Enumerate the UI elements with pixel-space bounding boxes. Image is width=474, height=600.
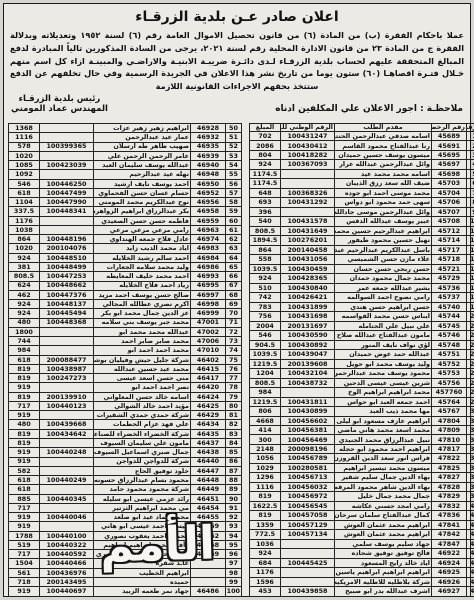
cell-license: 46468 bbox=[191, 540, 226, 549]
table-row: 445697وائل عبدالرحمن عبدالله عرار1003670… bbox=[250, 160, 474, 169]
cell-idx: 55 bbox=[226, 170, 242, 179]
table-row: 9146454مي محمد ابراهيم الترتير717 bbox=[9, 503, 242, 512]
cell-idx: 71 bbox=[226, 318, 242, 327]
cell-license: 45704 bbox=[432, 188, 467, 197]
cell-idx: 7 bbox=[467, 188, 474, 197]
cell-national bbox=[281, 549, 335, 558]
cell-amount: 540 bbox=[250, 217, 281, 226]
cell-name: نبيل عبدالرزاق محمد الجنيدي bbox=[335, 435, 432, 444]
cell-idx: 45 bbox=[467, 549, 474, 558]
cell-amount: 1204 bbox=[250, 369, 281, 378]
table-row: 3847828بهاء الدين شاهر محمود المرقطن1004… bbox=[250, 482, 474, 491]
cell-idx: 14 bbox=[467, 255, 474, 264]
cell-idx: 88 bbox=[226, 476, 242, 485]
cell-national: 100456381 bbox=[281, 426, 335, 435]
cell-national: 100438732 bbox=[281, 378, 335, 387]
cell-license: 46998 bbox=[191, 300, 226, 309]
cell-idx: 30 bbox=[467, 407, 474, 416]
cell-license: 46448 bbox=[191, 476, 226, 485]
cell-name: فراس انور سعد الدين القروزن bbox=[335, 454, 432, 463]
cell-national: 100431811 bbox=[281, 397, 335, 406]
cell-idx: 99 bbox=[226, 578, 242, 587]
cell-national: 100276201 bbox=[281, 236, 335, 245]
cell-license: 45767 bbox=[432, 407, 467, 416]
cell-name: رامي نصوح احمد السوالمه bbox=[335, 293, 432, 302]
cell-name: وليد يوسف محمد ابو حويل bbox=[335, 359, 432, 368]
cell-amount: 1092 bbox=[9, 170, 40, 179]
cell-national bbox=[40, 383, 94, 392]
cell-amount: 919 bbox=[9, 513, 40, 522]
cell-idx: 46 bbox=[467, 558, 474, 567]
cell-amount: 808.5 bbox=[250, 226, 281, 235]
table-row: 5646950احمد يوسف نايف ارشيد100446250546 bbox=[9, 179, 242, 188]
cell-name: احمد يوسف نايف ارشيد bbox=[94, 179, 191, 188]
table-row: 6046959فاطمه حسن حسن الصعيدي1176 bbox=[9, 216, 242, 225]
cell-license: 46922 bbox=[432, 549, 467, 558]
cell-license bbox=[191, 559, 226, 568]
cell-idx: 63 bbox=[226, 244, 242, 253]
cell-license: 45752 bbox=[432, 359, 467, 368]
table-row: 4347842ابراهيم محمد عثمان العوش100457134… bbox=[250, 530, 474, 539]
signature-name: المهندس عماد المومني bbox=[11, 104, 108, 114]
cell-name: محمد موسى احمد ابو جوده bbox=[335, 188, 432, 197]
cell-name: زياد احمد فلاح الخلايله bbox=[94, 281, 191, 290]
cell-idx: 77 bbox=[226, 374, 242, 383]
cell-national: 100431578 bbox=[281, 217, 335, 226]
cell-national: 200139608 bbox=[281, 359, 335, 368]
cell-idx: 17 bbox=[467, 283, 474, 292]
cell-amount: 684 bbox=[250, 558, 281, 567]
cell-national: 100457134 bbox=[281, 530, 335, 539]
cell-name: مؤيد احمد خالد الشوالي bbox=[94, 401, 191, 410]
cell-name: بشير عبدالله جمعه عمر bbox=[335, 283, 432, 292]
table-row: 2945764احمد جمعه العبد ابو حواس100431811… bbox=[250, 397, 474, 406]
cell-name: نصر احمد احمد ابو bbox=[94, 383, 191, 392]
table-row: 4746925ابراهيم ابراهيم ابراهيم ياسين1176 bbox=[250, 568, 474, 577]
table-row: 5546948نهله عيد عبدالرحيم1092 bbox=[9, 170, 242, 179]
cell-national: 100423039 bbox=[40, 161, 94, 170]
cell-name: شرين عيسى عيسى الدحين bbox=[335, 378, 432, 387]
cell-idx: 35 bbox=[467, 454, 474, 463]
cell-amount: 919 bbox=[9, 383, 40, 392]
cell-license: 47006 bbox=[191, 337, 226, 346]
cell-amount: 717 bbox=[9, 550, 40, 559]
cell-name: حسن ربحي حسن حسان bbox=[335, 264, 432, 273]
cell-license: 46983 bbox=[191, 244, 226, 253]
cell-license: 45703 bbox=[432, 179, 467, 188]
table-row: 28457760محمد ابراهيم ابراهيم الوخ984 bbox=[250, 388, 474, 397]
table-row: 3347810نبيل عبدالرزاق محمد الجنيدي100456… bbox=[250, 435, 474, 444]
signature-block: رئيس بلدية الزرقـاء المهندس عماد المومني bbox=[11, 94, 108, 114]
cell-name: اسامه محمد محمد عيد bbox=[335, 169, 432, 178]
cell-name: نهيل حسين محمود طيفور bbox=[335, 236, 432, 245]
cell-idx: 70 bbox=[226, 309, 242, 318]
cell-license: 46447 bbox=[191, 466, 226, 475]
cell-name: احمد محمد خليف المعايطه bbox=[94, 272, 191, 281]
cell-amount: 808.5 bbox=[250, 378, 281, 387]
table-row: 5846956نوح عبدالكريم محمد المومني1004479… bbox=[9, 198, 242, 207]
cell-idx: 37 bbox=[467, 473, 474, 482]
cell-idx: 32 bbox=[467, 426, 474, 435]
cell-idx: 29 bbox=[467, 397, 474, 406]
cell-national: 100439047 bbox=[281, 350, 335, 359]
table-row: 1345717باسل عبدالكريم عبدالرحيم عبدالقاد… bbox=[250, 245, 474, 254]
table-row: 1045708عبير يوسف عبدالله الدقس1004315785… bbox=[250, 217, 474, 226]
cell-national: 100448341 bbox=[40, 207, 94, 216]
cell-name: محمد ابراهيم ابراهيم الوخ bbox=[335, 388, 432, 397]
cell-idx: 21 bbox=[467, 321, 474, 330]
cell-name: صالح حسن يوسف احمد مزيد bbox=[94, 290, 191, 299]
cell-license: 45707 bbox=[432, 207, 467, 216]
cell-name: شركة حمدي حمدي الشقيرات bbox=[94, 411, 191, 420]
cell-idx: 49 bbox=[467, 587, 474, 597]
cell-name: فالح توفيق توفيق شحاده bbox=[335, 549, 432, 558]
cell-idx: 10 bbox=[467, 217, 474, 226]
table-row: 5746952حسام غسان حسن الفحماوي10044749961… bbox=[9, 188, 242, 197]
cell-license: 45748 bbox=[432, 340, 467, 349]
cell-license: 47010 bbox=[191, 346, 226, 355]
cell-name: محمد احمد عبدالجليل العامري bbox=[94, 550, 191, 559]
cell-national: 100430459 bbox=[281, 264, 335, 273]
table-row: 6146963رامي مرعي مرعي مرعي1038 bbox=[9, 225, 242, 234]
cell-license: 46486 bbox=[191, 587, 226, 597]
cell-amount: 648 bbox=[250, 188, 281, 197]
cell-name: عبدالله حمد عوض حميدان bbox=[335, 350, 432, 359]
cell-national: 100448510 bbox=[40, 253, 94, 262]
cell-idx: 62 bbox=[226, 235, 242, 244]
cell-idx: 5 bbox=[467, 169, 474, 178]
cell-name: شركة جليل حيش وفيليان بوشه bbox=[94, 355, 191, 364]
table-row: 1945740حسن ابراهيم حسن هندي100431899783 bbox=[250, 302, 474, 311]
cell-license: 46995 bbox=[191, 281, 226, 290]
cell-license: 45751 bbox=[432, 350, 467, 359]
table-row: 2245746مامون عبدالفتاح عبدالله صلاح10043… bbox=[250, 331, 474, 340]
cell-idx: 95 bbox=[226, 540, 242, 549]
cell-idx: 27 bbox=[467, 378, 474, 387]
cell-national: 100440100 bbox=[40, 531, 94, 540]
table-row: 8246434علي فهد عزام الحطمات100439668480 bbox=[9, 420, 242, 429]
cell-national bbox=[40, 216, 94, 225]
cell-amount: 582 bbox=[9, 466, 40, 475]
cell-amount: 519 bbox=[9, 540, 40, 549]
cell-idx: 39 bbox=[467, 492, 474, 501]
cell-amount: 819 bbox=[9, 374, 40, 383]
table-row: 845706سهى حمد محمود ابو دواس100431292693 bbox=[250, 198, 474, 207]
cell-national: 100430590 bbox=[281, 331, 335, 340]
cell-idx: 74 bbox=[226, 346, 242, 355]
cell-name: رامي مرعي مرعي مرعي bbox=[94, 225, 191, 234]
cell-amount: 1622.5 bbox=[250, 501, 281, 510]
header-row: الرقم رقم الرخصة مقدم الطلب الرقم الوطني… bbox=[250, 123, 474, 131]
cell-amount: 396 bbox=[250, 207, 281, 216]
cell-license: 46434 bbox=[191, 420, 226, 429]
cell-amount: 742 bbox=[250, 293, 281, 302]
table-row: 6346983اياد محمد الديب زايد2001040761020 bbox=[9, 244, 242, 253]
cell-idx: 60 bbox=[226, 216, 242, 225]
page-title: اعلان صادر عـن بلدية الزرقـاء bbox=[7, 9, 467, 25]
cell-license: 46438 bbox=[191, 448, 226, 457]
cell-name: حميده bbox=[94, 578, 191, 587]
cell-idx: 16 bbox=[467, 274, 474, 283]
cell-national bbox=[40, 346, 94, 355]
table-row: 3147804ابراهيم عارف مسعود ابو ليلى100456… bbox=[250, 416, 474, 425]
cell-amount: 984 bbox=[9, 346, 40, 355]
table-row: 8546438جمال صبري اسماعيل السيوف100440248… bbox=[9, 448, 242, 457]
cell-name: شركة للدواجن للدواجن bbox=[94, 457, 191, 466]
cell-national: 100438987 bbox=[40, 364, 94, 373]
table-row: 2745756شرين عيسى عيسى الدحين100438732808… bbox=[250, 378, 474, 387]
cell-license: 45736 bbox=[432, 283, 467, 292]
scanned-announcement: { "page": { "title": "اعلان صادر عـن بلد… bbox=[0, 0, 474, 600]
table-row: 2645753محمود يوسف محمد عبدالرحمن10043210… bbox=[250, 369, 474, 378]
cell-national bbox=[281, 539, 335, 548]
cell-idx: 22 bbox=[467, 331, 474, 340]
cell-national: 100440322 bbox=[40, 540, 94, 549]
cell-license: 46429 bbox=[191, 411, 226, 420]
cell-license: 46935 bbox=[191, 142, 226, 151]
table-row: 8346435شركة الخضراء الخضراء للصناعات1004… bbox=[9, 429, 242, 438]
cell-amount: 1174.5 bbox=[250, 179, 281, 188]
cell-amount: 718 bbox=[9, 578, 40, 587]
cell-amount: 819 bbox=[9, 364, 40, 373]
table-row: 2145745علي نبيل علي الحتامله200131697200… bbox=[250, 321, 474, 330]
cell-national bbox=[281, 179, 335, 188]
cell-national: 100440249 bbox=[40, 476, 94, 485]
cell-idx: 61 bbox=[226, 225, 242, 234]
cell-national bbox=[40, 327, 94, 336]
cell-amount: 1788 bbox=[9, 531, 40, 540]
cell-license: 46925 bbox=[432, 568, 467, 577]
table-row: 8846448محمود بسام عبدالرزاق حسونه1004402… bbox=[9, 476, 242, 485]
cell-name: حسام غسان حسن الفحماوي bbox=[94, 188, 191, 197]
cell-license: 46958 bbox=[191, 207, 226, 216]
cell-idx: 91 bbox=[226, 503, 242, 512]
cell-amount: 618 bbox=[9, 476, 40, 485]
cell-license: 45764 bbox=[432, 397, 467, 406]
cell-idx: 6 bbox=[467, 179, 474, 188]
cell-national: 200143495 bbox=[40, 578, 94, 587]
cell-national bbox=[40, 225, 94, 234]
cell-license: 45753 bbox=[432, 369, 467, 378]
cell-amount: 414 bbox=[250, 426, 281, 435]
table-row: 3045767مها محمد ذيب العبد100430899806 bbox=[250, 407, 474, 416]
cell-idx: 89 bbox=[226, 485, 242, 494]
cell-amount: 819 bbox=[9, 439, 40, 448]
cell-national bbox=[40, 411, 94, 420]
cell-amount: 1029 bbox=[250, 463, 281, 472]
cell-national: 100447499 bbox=[40, 188, 94, 197]
cell-national bbox=[40, 170, 94, 179]
table-row: 7247002عبدالله محمد محمد ابو1800 bbox=[9, 327, 242, 336]
table-row: 5246935صهيب ظاهر طه ارسلان100399365578 bbox=[9, 142, 242, 151]
cell-national bbox=[40, 133, 94, 142]
cell-national: 100428365 bbox=[281, 274, 335, 283]
cell-name: شركة محمود محمود حامد bbox=[94, 485, 191, 494]
cell-name: باسل عبدالكريم عبدالرحيم عبدالقادر bbox=[335, 245, 432, 254]
cell-national: 100431292 bbox=[281, 198, 335, 207]
cell-amount: 744 bbox=[9, 337, 40, 346]
cell-idx: 47 bbox=[467, 568, 474, 577]
cell-license: 45756 bbox=[432, 378, 467, 387]
cell-amount: 2004 bbox=[250, 321, 281, 330]
cell-amount: 480 bbox=[9, 420, 40, 429]
cell-name: مامون علي سليمان السيوف bbox=[94, 439, 191, 448]
cell-name: ضيف الله سعد رزق الذيبان bbox=[335, 179, 432, 188]
cell-license: 46454 bbox=[191, 503, 226, 512]
cell-idx: 58 bbox=[226, 198, 242, 207]
cell-idx: 80 bbox=[226, 401, 242, 410]
table-row: 4047832رامي امجد حسني عكاشه1004565451622… bbox=[250, 501, 474, 510]
table-row: 6246974عادل فلاح جمعه الهنداوي1004481968… bbox=[9, 235, 242, 244]
cell-idx: 26 bbox=[467, 369, 474, 378]
table-row: 3447817ابراهيم احمد محمود ابو حجله200098… bbox=[250, 444, 474, 453]
cell-national bbox=[40, 439, 94, 448]
cell-amount: 1038 bbox=[9, 225, 40, 234]
cell-idx: 52 bbox=[226, 142, 242, 151]
table-row: 9546468رأفت محمد ابراهيم ابراهيم10044032… bbox=[9, 540, 242, 549]
table-row: 245691رنا عبدالفتاح محمود القاسم10043041… bbox=[250, 141, 474, 150]
cell-amount: 1020 bbox=[9, 151, 40, 160]
cell-name: محمود يوسف محمد عبدالرحمن bbox=[335, 369, 432, 378]
cell-name: جمال صبري اسماعيل السيوف bbox=[94, 448, 191, 457]
cell-name: بكر عبدالرزاق ابراهيم الزواهره bbox=[94, 207, 191, 216]
table-row: 2545752وليد يوسف محمد ابو حويل2001396081… bbox=[250, 359, 474, 368]
cell-name: مها محمد ذيب العبد bbox=[335, 407, 432, 416]
cell-idx: 94 bbox=[226, 531, 242, 540]
cell-amount: 480 bbox=[9, 318, 40, 327]
cell-idx: 79 bbox=[226, 392, 242, 401]
table-row: 6746995زياد احمد فلاح الخلايله1004486626… bbox=[9, 281, 242, 290]
header-idx: الرقم bbox=[467, 123, 474, 131]
cell-name: اياد محمد الديب زايد bbox=[94, 244, 191, 253]
fees-note: ملاحظـة : اجور الاعلان علي المكلفين ادنا… bbox=[275, 104, 463, 114]
cell-license: 47842 bbox=[432, 530, 467, 539]
cell-national: 100447376 bbox=[40, 290, 94, 299]
cell-amount: 924 bbox=[250, 549, 281, 558]
cell-name: كمال عبدالفتاح سلمان سرحان bbox=[335, 511, 432, 520]
tables-container: 5046928ابراهيم زهير زهير عزات13685146932… bbox=[8, 123, 466, 597]
cell-amount: 919 bbox=[9, 522, 40, 531]
header-amount: المبلغ bbox=[250, 123, 281, 131]
cell-national: 100431698 bbox=[281, 312, 335, 321]
table-row: 6446984احمد سالم رشيد الخلايله1004485109… bbox=[9, 253, 242, 262]
cell-license: 47822 bbox=[432, 454, 467, 463]
cell-national: 100431899 bbox=[281, 302, 335, 311]
cell-idx: 78 bbox=[226, 383, 242, 392]
cell-license: 45721 bbox=[432, 264, 467, 273]
cell-amount: 804 bbox=[250, 150, 281, 159]
table-row: 3247809محمد اسعد محمد هاني ماضي100456381… bbox=[250, 426, 474, 435]
cell-amount: 904.5 bbox=[250, 340, 281, 349]
announcement-sheet: اعلان صادر عـن بلدية الزرقـاء عملا باحكا… bbox=[3, 3, 471, 597]
cell-amount: 1359 bbox=[250, 520, 281, 529]
cell-idx: 53 bbox=[226, 151, 242, 160]
cell-national: 100445494 bbox=[40, 309, 94, 318]
table-row: 6846997صالح حسن يوسف احمد مزيد1004473764… bbox=[9, 290, 242, 299]
cell-amount: 819 bbox=[9, 392, 40, 401]
cell-amount: 984 bbox=[250, 388, 281, 397]
cell-idx: 31 bbox=[467, 416, 474, 425]
cell-idx: 86 bbox=[226, 457, 242, 466]
cell-national: 100431056 bbox=[281, 255, 335, 264]
cell-amount: 381 bbox=[9, 262, 40, 271]
cell-license: 47836 bbox=[432, 511, 467, 520]
cell-license: 45697 bbox=[432, 160, 467, 169]
cell-national: 100367093 bbox=[281, 160, 335, 169]
cell-idx: 34 bbox=[467, 444, 474, 453]
cell-name: ايناس حسن محمد القواسمه bbox=[335, 312, 432, 321]
cell-idx: 1 bbox=[467, 131, 474, 140]
cell-license: 45718 bbox=[432, 255, 467, 264]
cell-name: سهى حمد محمود ابو دواس bbox=[335, 198, 432, 207]
cell-national bbox=[281, 207, 335, 216]
cell-national bbox=[40, 522, 94, 531]
cell-national: 100432104 bbox=[281, 369, 335, 378]
cell-idx: 72 bbox=[226, 327, 242, 336]
cell-name: اسامه صدقي عبدالرحمن الحنتولي bbox=[335, 131, 432, 140]
table-row: 97عاـد شقره1004404661504 bbox=[9, 559, 242, 568]
cell-idx: 66 bbox=[226, 272, 242, 281]
cell-name: بهاء الدين جمال سليم شقير bbox=[335, 473, 432, 482]
cell-idx: 15 bbox=[467, 264, 474, 273]
cell-amount: 1176 bbox=[9, 216, 40, 225]
cell-national: 100448196 bbox=[40, 235, 94, 244]
cell-idx: 48 bbox=[467, 577, 474, 586]
table-row: 8646440شركة للدواجن للدواجن919 bbox=[9, 457, 242, 466]
cell-license: 46402 bbox=[191, 355, 226, 364]
cell-name: علي نبيل علي الحتامله bbox=[335, 321, 432, 330]
cell-national: 200098196 bbox=[281, 444, 335, 453]
cell-national: 200088477 bbox=[40, 355, 94, 364]
cell-idx: 92 bbox=[226, 513, 242, 522]
table-row: 6946998اكرم نصري عطالله المجالي100448137… bbox=[9, 300, 242, 309]
cell-license: 46986 bbox=[191, 262, 226, 271]
cell-idx: 100 bbox=[226, 587, 242, 597]
table-row: 7846420نصر احمد احمد ابو919 bbox=[9, 383, 242, 392]
table-row: 7546402شركة جليل حيش وفيليان بوشه2000884… bbox=[9, 355, 242, 364]
cell-name: حسن ابراهيم حسن هندي bbox=[335, 302, 432, 311]
cell-national: 100447253 bbox=[40, 272, 94, 281]
table-row: 4646924اياد خالد رايح المسعود10044542568… bbox=[250, 558, 474, 567]
cell-license: 46420 bbox=[191, 383, 226, 392]
cell-amount: 1219.5 bbox=[250, 359, 281, 368]
cell-name: محمود احمد يعقوب نصوري bbox=[94, 531, 191, 540]
table-row: 5146932عمار عيد عبدالرحمن1116 bbox=[9, 133, 242, 142]
cell-amount: 624 bbox=[9, 281, 40, 290]
table-row: 3547822فراس انور سعد الدين القروزن100456… bbox=[250, 454, 474, 463]
cell-amount: 618 bbox=[9, 485, 40, 494]
cell-license: 45712 bbox=[432, 226, 467, 235]
cell-license: 47810 bbox=[432, 435, 467, 444]
cell-license bbox=[191, 568, 226, 577]
cell-license: 46451 bbox=[191, 494, 226, 503]
cell-amount: 618 bbox=[9, 188, 40, 197]
cell-amount: 1800 bbox=[9, 327, 40, 336]
cell-license: 47847 bbox=[432, 539, 467, 548]
cell-idx: 28 bbox=[467, 388, 474, 397]
cell-amount: 885 bbox=[9, 494, 40, 503]
cell-license: 46459 bbox=[191, 522, 226, 531]
cell-national: 200131697 bbox=[281, 321, 335, 330]
table-row: 645703ضيف الله سعد رزق الذيبان1174.5 bbox=[250, 179, 474, 188]
cell-license: 46932 bbox=[191, 133, 226, 142]
cell-license: 46928 bbox=[191, 123, 226, 132]
cell-license: 45740 bbox=[432, 302, 467, 311]
cell-amount: 462 bbox=[9, 290, 40, 299]
cell-idx: 75 bbox=[226, 355, 242, 364]
cell-name: علي فهد عزام الحطمات bbox=[94, 420, 191, 429]
cell-amount: 1039.5 bbox=[250, 264, 281, 273]
